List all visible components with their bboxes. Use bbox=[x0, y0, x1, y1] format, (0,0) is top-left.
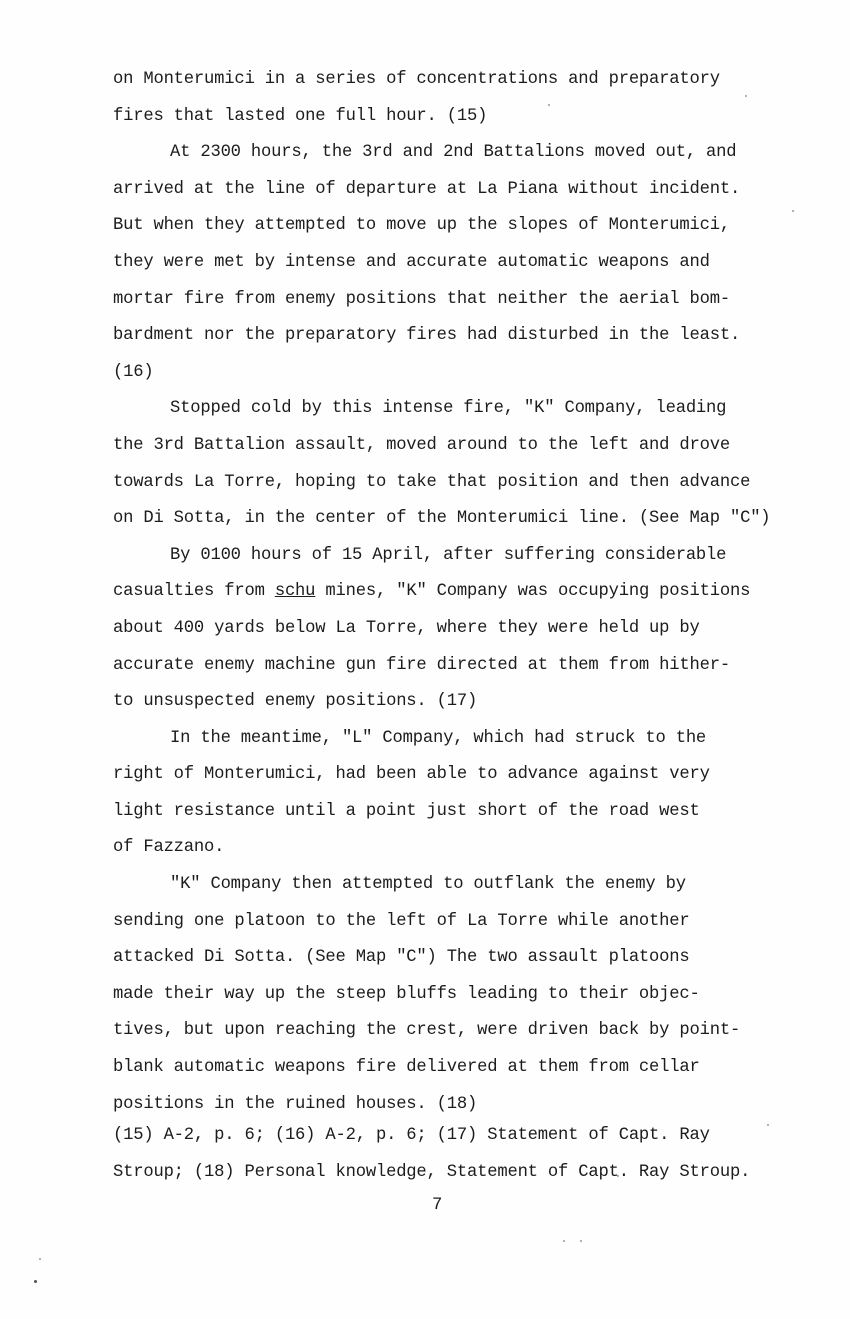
paragraph-5-line: right of Monterumici, had been able to a… bbox=[113, 757, 833, 794]
page-number: 7 bbox=[432, 1196, 442, 1215]
paragraph-4-line: about 400 yards below La Torre, where th… bbox=[113, 611, 833, 648]
paragraph-3-line: the 3rd Battalion assault, moved around … bbox=[113, 428, 833, 465]
paragraph-4-line: to unsuspected enemy positions. (17) bbox=[113, 684, 833, 721]
paragraph-2-line: bardment nor the preparatory fires had d… bbox=[113, 318, 833, 355]
paragraph-2-line: (16) bbox=[113, 355, 833, 392]
footnote-line: Stroup; (18) Personal knowledge, Stateme… bbox=[113, 1155, 833, 1192]
document-page: on Monterumici in a series of concentrat… bbox=[0, 0, 850, 1319]
paragraph-2-line: But when they attempted to move up the s… bbox=[113, 208, 833, 245]
paragraph-6-line: tives, but upon reaching the crest, were… bbox=[113, 1013, 833, 1050]
paragraph-6-line: made their way up the steep bluffs leadi… bbox=[113, 977, 833, 1014]
paragraph-3-line: on Di Sotta, in the center of the Monter… bbox=[113, 501, 833, 538]
paragraph-6-line: blank automatic weapons fire delivered a… bbox=[113, 1050, 833, 1087]
paragraph-2-line: arrived at the line of departure at La P… bbox=[113, 172, 833, 209]
paragraph-6-line: "K" Company then attempted to outflank t… bbox=[113, 867, 833, 904]
paragraph-2-line: mortar fire from enemy positions that ne… bbox=[113, 282, 833, 319]
footnote-line: (15) A-2, p. 6; (16) A-2, p. 6; (17) Sta… bbox=[113, 1118, 833, 1155]
scan-speck bbox=[34, 1280, 37, 1283]
paragraph-3-line: towards La Torre, hoping to take that po… bbox=[113, 465, 833, 502]
paragraph-5-line: of Fazzano. bbox=[113, 830, 833, 867]
paragraph-4-line: By 0100 hours of 15 April, after sufferi… bbox=[113, 538, 833, 575]
scan-speck bbox=[580, 1240, 582, 1242]
paragraph-2-line: At 2300 hours, the 3rd and 2nd Battalion… bbox=[113, 135, 833, 172]
paragraph-3-line: Stopped cold by this intense fire, "K" C… bbox=[113, 391, 833, 428]
underlined-word: schu bbox=[275, 582, 315, 601]
paragraph-1-line: fires that lasted one full hour. (15) bbox=[113, 99, 833, 136]
scan-speck bbox=[563, 1240, 565, 1242]
paragraph-6-line: attacked Di Sotta. (See Map "C") The two… bbox=[113, 940, 833, 977]
paragraph-4-line: casualties from schu mines, "K" Company … bbox=[113, 574, 833, 611]
scan-speck bbox=[745, 95, 747, 97]
scan-speck bbox=[767, 1124, 769, 1126]
paragraph-5-line: In the meantime, "L" Company, which had … bbox=[113, 721, 833, 758]
footnotes: (15) A-2, p. 6; (16) A-2, p. 6; (17) Sta… bbox=[113, 1118, 833, 1191]
scan-speck bbox=[548, 104, 550, 106]
paragraph-4-line: accurate enemy machine gun fire directed… bbox=[113, 648, 833, 685]
paragraph-5-line: light resistance until a point just shor… bbox=[113, 794, 833, 831]
scan-speck bbox=[792, 210, 794, 212]
paragraph-2-line: they were met by intense and accurate au… bbox=[113, 245, 833, 282]
paragraph-6-line: sending one platoon to the left of La To… bbox=[113, 904, 833, 941]
paragraph-1-line: on Monterumici in a series of concentrat… bbox=[113, 62, 833, 99]
scan-speck bbox=[617, 1175, 619, 1177]
scan-speck bbox=[39, 1258, 41, 1260]
body-text: on Monterumici in a series of concentrat… bbox=[113, 62, 833, 1123]
